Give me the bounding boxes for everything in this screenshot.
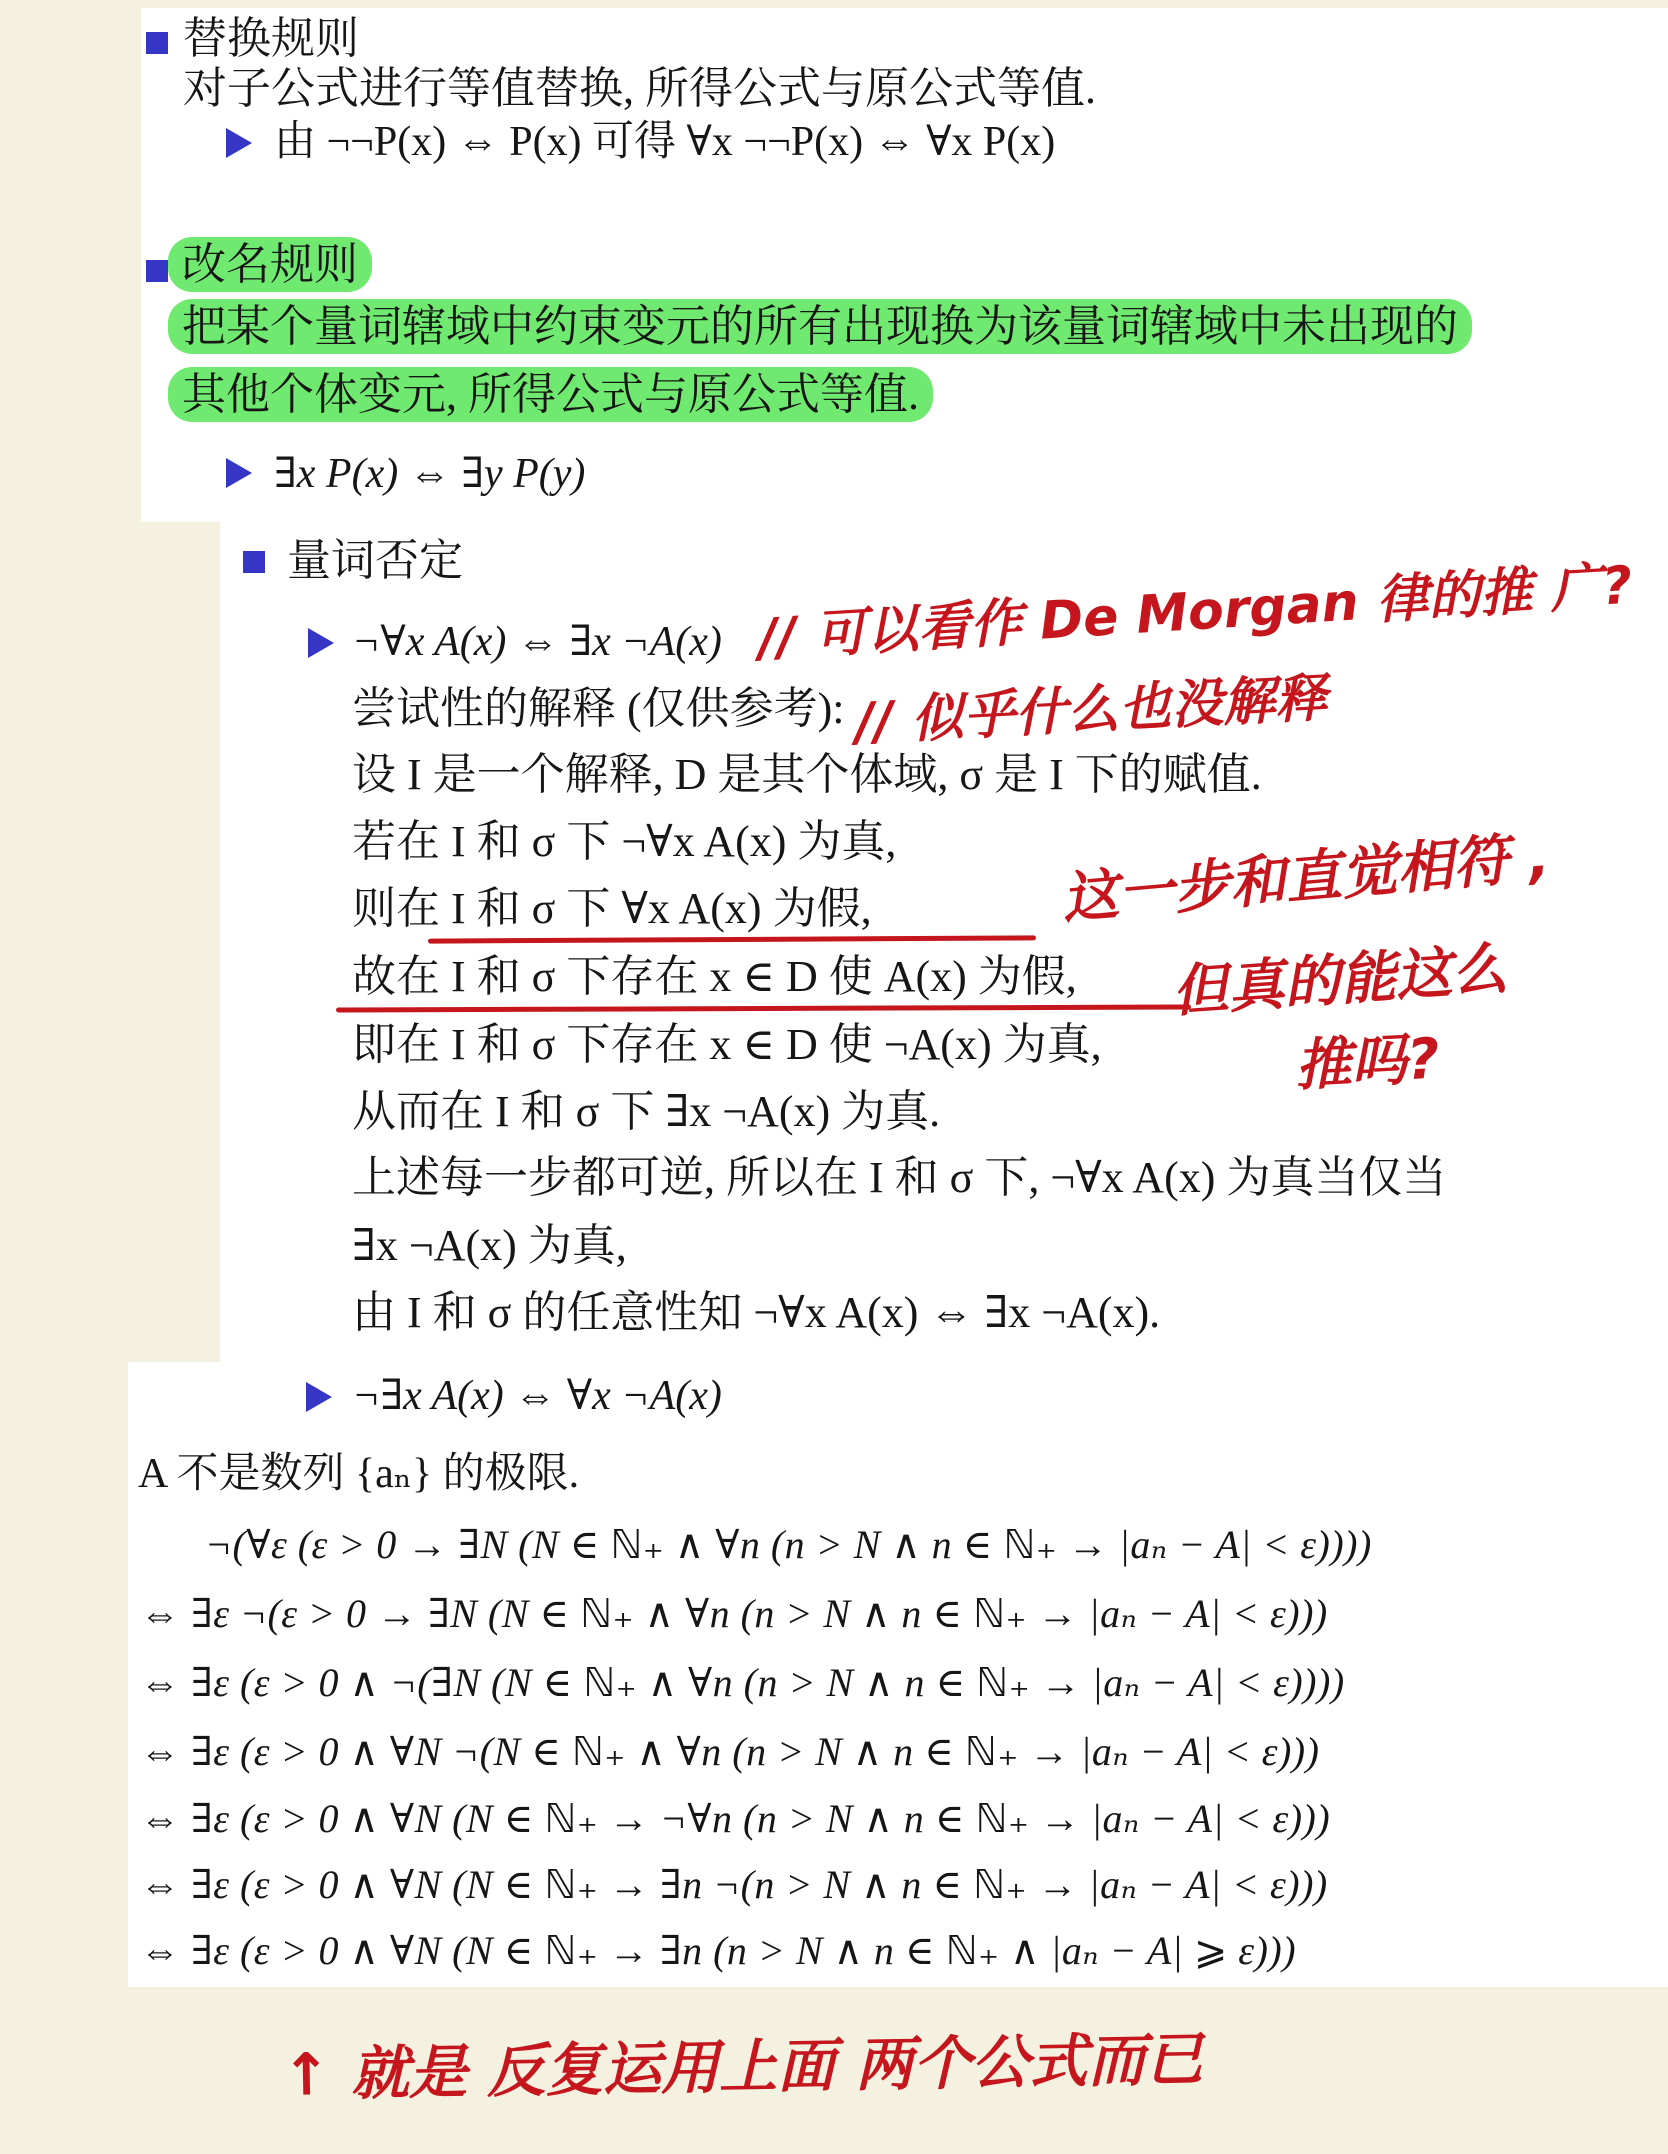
explanation-line: 故在 I 和 σ 下存在 x ∈ D 使 A(x) 为假,	[352, 952, 1077, 1003]
derivation-line: ⇔ ∃ε (ε > 0 ∧ ∀N (N ∈ ℕ₊ → ∃n (n > N ∧ n…	[140, 1928, 1296, 1974]
derivation-line: ⇔ ∃ε (ε > 0 ∧ ∀N (N ∈ ℕ₊ → ¬∀n (n > N ∧ …	[140, 1796, 1330, 1842]
highlight-mark: 改名规则	[168, 237, 372, 292]
explanation-line: 设 I 是一个解释, D 是其个体域, σ 是 I 下的赋值.	[352, 750, 1262, 801]
explanation-line: 上述每一步都可逆, 所以在 I 和 σ 下, ¬∀x A(x) 为真当仅当	[352, 1153, 1446, 1204]
notes-page: 替换规则 对子公式进行等值替换, 所得公式与原公式等值. 由 ¬¬P(x) ⇔ …	[0, 0, 1668, 2154]
explanation-line: 则在 I 和 σ 下 ∀x A(x) 为假,	[352, 884, 872, 935]
renaming-rule-example: ∃x P(x) ⇔ ∃y P(y)	[274, 450, 585, 498]
limit-example-intro: A 不是数列 {aₙ} 的极限.	[138, 1450, 579, 1498]
triangle-bullet-icon	[308, 628, 334, 658]
derivation-line: ⇔ ∃ε (ε > 0 ∧ ∀N ¬(N ∈ ℕ₊ ∧ ∀n (n > N ∧ …	[140, 1729, 1319, 1775]
triangle-bullet-icon	[306, 1382, 332, 1412]
handwritten-doubt-note-line2: 推吗?	[1293, 1014, 1441, 1101]
derivation-line: ⇔ ∃ε (ε > 0 ∧ ∀N (N ∈ ℕ₊ → ∃n ¬(n > N ∧ …	[140, 1862, 1328, 1908]
substitution-rule-body: 对子公式进行等值替换, 所得公式与原公式等值.	[183, 64, 1096, 115]
derivation-line: ⇔ ∃ε ¬(ε > 0 → ∃N (N ∈ ℕ₊ ∧ ∀n (n > N ∧ …	[140, 1591, 1328, 1637]
explanation-line: 若在 I 和 σ 下 ¬∀x A(x) 为真,	[352, 817, 896, 868]
square-bullet-icon	[243, 551, 265, 573]
renaming-rule-body-line1: 把某个量词辖域中约束变元的所有出现换为该量词辖域中未出现的	[168, 302, 1472, 353]
substitution-rule-title: 替换规则	[183, 14, 359, 65]
explanation-line: 由 I 和 σ 的任意性知 ¬∀x A(x) ⇔ ∃x ¬A(x).	[352, 1288, 1160, 1339]
renaming-rule-title: 改名规则	[168, 240, 372, 291]
triangle-bullet-icon	[226, 458, 252, 488]
derivation-line: ¬(∀ε (ε > 0 → ∃N (N ∈ ℕ₊ ∧ ∀n (n > N ∧ n…	[205, 1522, 1372, 1568]
triangle-bullet-icon	[226, 128, 252, 158]
square-bullet-icon	[146, 260, 168, 282]
highlight-mark: 其他个体变元, 所得公式与原公式等值.	[168, 367, 933, 422]
law-exists-negation: ¬∃x A(x) ⇔ ∀x ¬A(x)	[352, 1372, 722, 1420]
substitution-rule-example: 由 ¬¬P(x) ⇔ P(x) 可得 ∀x ¬¬P(x) ⇔ ∀x P(x)	[274, 118, 1055, 166]
derivation-line: ⇔ ∃ε (ε > 0 ∧ ¬(∃N (N ∈ ℕ₊ ∧ ∀n (n > N ∧…	[140, 1660, 1345, 1706]
explanation-intro: 尝试性的解释 (仅供参考):	[352, 684, 845, 735]
law-forall-negation: ¬∀x A(x) ⇔ ∃x ¬A(x)	[352, 618, 722, 666]
renaming-rule-body-line2: 其他个体变元, 所得公式与原公式等值.	[168, 370, 933, 421]
square-bullet-icon	[146, 32, 168, 54]
handwritten-bottom-note: ↑ 就是 反复运用上面 两个公式而已	[281, 2012, 1204, 2112]
explanation-line: 从而在 I 和 σ 下 ∃x ¬A(x) 为真.	[352, 1087, 940, 1138]
explanation-line: 即在 I 和 σ 下存在 x ∈ D 使 ¬A(x) 为真,	[352, 1020, 1102, 1071]
highlight-mark: 把某个量词辖域中约束变元的所有出现换为该量词辖域中未出现的	[168, 299, 1472, 354]
quantifier-negation-title: 量词否定	[287, 536, 463, 587]
explanation-line: ∃x ¬A(x) 为真,	[352, 1221, 627, 1272]
